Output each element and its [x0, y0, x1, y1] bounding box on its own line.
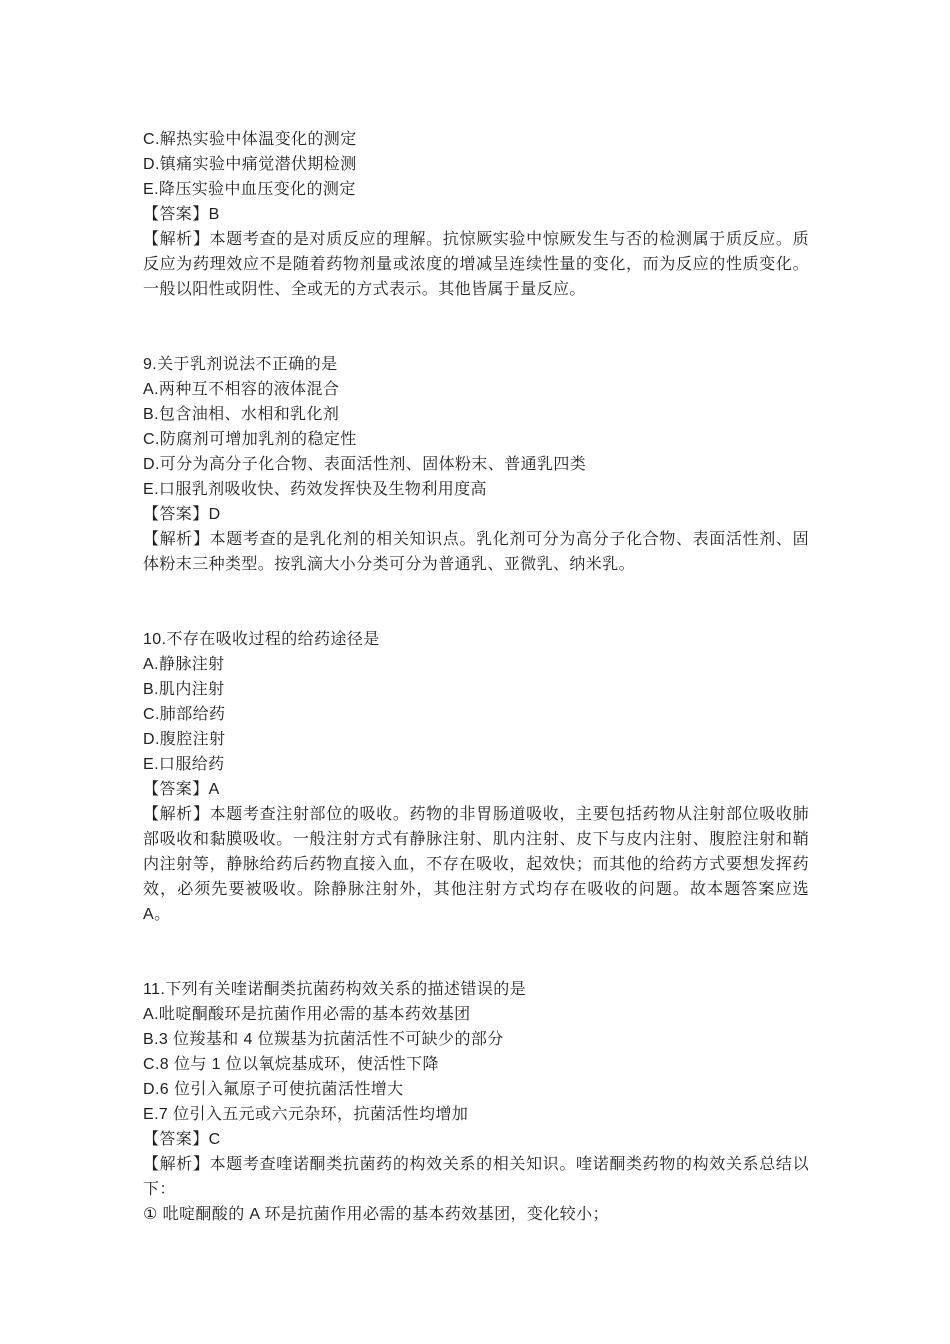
question-block-11: 11.下列有关喹诺酮类抗菌药构效关系的描述错误的是 A.吡啶酮酸环是抗菌作用必需…	[143, 977, 809, 1227]
analysis-text: 本题考查喹诺酮类抗菌药的构效关系的相关知识。喹诺酮类药物的构效关系总结以下：	[143, 1156, 809, 1198]
answer-line: 【答案】B	[143, 202, 809, 227]
answer-value: C	[209, 1131, 221, 1148]
answer-label: 【答案】	[143, 206, 209, 223]
option-c: C.解热实验中体温变化的测定	[143, 127, 809, 152]
question-block-8: C.解热实验中体温变化的测定 D.镇痛实验中痛觉潜伏期检测 E.降压实验中血压变…	[143, 127, 809, 302]
option-e: E.7 位引入五元或六元杂环，抗菌活性均增加	[143, 1102, 809, 1127]
analysis-label: 【解析】	[143, 231, 210, 248]
answer-line: 【答案】A	[143, 777, 809, 802]
analysis-text: 本题考查注射部位的吸收。药物的非胃肠道吸收，主要包括药物从注射部位吸收肺部吸收和…	[143, 806, 809, 923]
option-b: B.肌内注射	[143, 677, 809, 702]
question-text: 9.关于乳剂说法不正确的是	[143, 352, 809, 377]
option-d: D.镇痛实验中痛觉潜伏期检测	[143, 152, 809, 177]
question-text: 11.下列有关喹诺酮类抗菌药构效关系的描述错误的是	[143, 977, 809, 1002]
analysis-text: 本题考查的是对质反应的理解。抗惊厥实验中惊厥发生与否的检测属于质反应。质反应为药…	[143, 231, 809, 298]
option-e: E.降压实验中血压变化的测定	[143, 177, 809, 202]
option-a: A.吡啶酮酸环是抗菌作用必需的基本药效基团	[143, 1002, 809, 1027]
option-b: B.包含油相、水相和乳化剂	[143, 402, 809, 427]
option-e: E.口服乳剂吸收快、药效发挥快及生物利用度高	[143, 477, 809, 502]
analysis-paragraph: 【解析】本题考查喹诺酮类抗菌药的构效关系的相关知识。喹诺酮类药物的构效关系总结以…	[143, 1152, 809, 1202]
answer-line: 【答案】D	[143, 502, 809, 527]
answer-value: B	[209, 206, 220, 223]
option-c: C.防腐剂可增加乳剂的稳定性	[143, 427, 809, 452]
analysis-paragraph: 【解析】本题考查的是对质反应的理解。抗惊厥实验中惊厥发生与否的检测属于质反应。质…	[143, 227, 809, 302]
document-page: C.解热实验中体温变化的测定 D.镇痛实验中痛觉潜伏期检测 E.降压实验中血压变…	[0, 0, 950, 1344]
answer-label: 【答案】	[143, 506, 209, 523]
answer-value: D	[209, 506, 221, 523]
answer-line: 【答案】C	[143, 1127, 809, 1152]
analysis-label: 【解析】	[143, 1156, 210, 1173]
question-block-10: 10.不存在吸收过程的给药途径是 A.静脉注射 B.肌内注射 C.肺部给药 D.…	[143, 627, 809, 927]
option-b: B.3 位羧基和 4 位羰基为抗菌活性不可缺少的部分	[143, 1027, 809, 1052]
question-text: 10.不存在吸收过程的给药途径是	[143, 627, 809, 652]
option-c: C.8 位与 1 位以氧烷基成环，使活性下降	[143, 1052, 809, 1077]
option-c: C.肺部给药	[143, 702, 809, 727]
option-d: D.可分为高分子化合物、表面活性剂、固体粉末、普通乳四类	[143, 452, 809, 477]
answer-label: 【答案】	[143, 1131, 209, 1148]
option-a: A.两种互不相容的液体混合	[143, 377, 809, 402]
option-a: A.静脉注射	[143, 652, 809, 677]
analysis-label: 【解析】	[143, 531, 210, 548]
analysis-list-item: ① 吡啶酮酸的 A 环是抗菌作用必需的基本药效基团，变化较小；	[143, 1202, 809, 1227]
answer-label: 【答案】	[143, 781, 209, 798]
analysis-label: 【解析】	[143, 806, 210, 823]
option-e: E.口服给药	[143, 752, 809, 777]
analysis-text: 本题考查的是乳化剂的相关知识点。乳化剂可分为高分子化合物、表面活性剂、固体粉末三…	[143, 531, 809, 573]
analysis-paragraph: 【解析】本题考查注射部位的吸收。药物的非胃肠道吸收，主要包括药物从注射部位吸收肺…	[143, 802, 809, 927]
question-block-9: 9.关于乳剂说法不正确的是 A.两种互不相容的液体混合 B.包含油相、水相和乳化…	[143, 352, 809, 577]
document-content: C.解热实验中体温变化的测定 D.镇痛实验中痛觉潜伏期检测 E.降压实验中血压变…	[143, 127, 809, 1227]
answer-value: A	[209, 781, 220, 798]
option-d: D.6 位引入氟原子可使抗菌活性增大	[143, 1077, 809, 1102]
analysis-paragraph: 【解析】本题考查的是乳化剂的相关知识点。乳化剂可分为高分子化合物、表面活性剂、固…	[143, 527, 809, 577]
option-d: D.腹腔注射	[143, 727, 809, 752]
